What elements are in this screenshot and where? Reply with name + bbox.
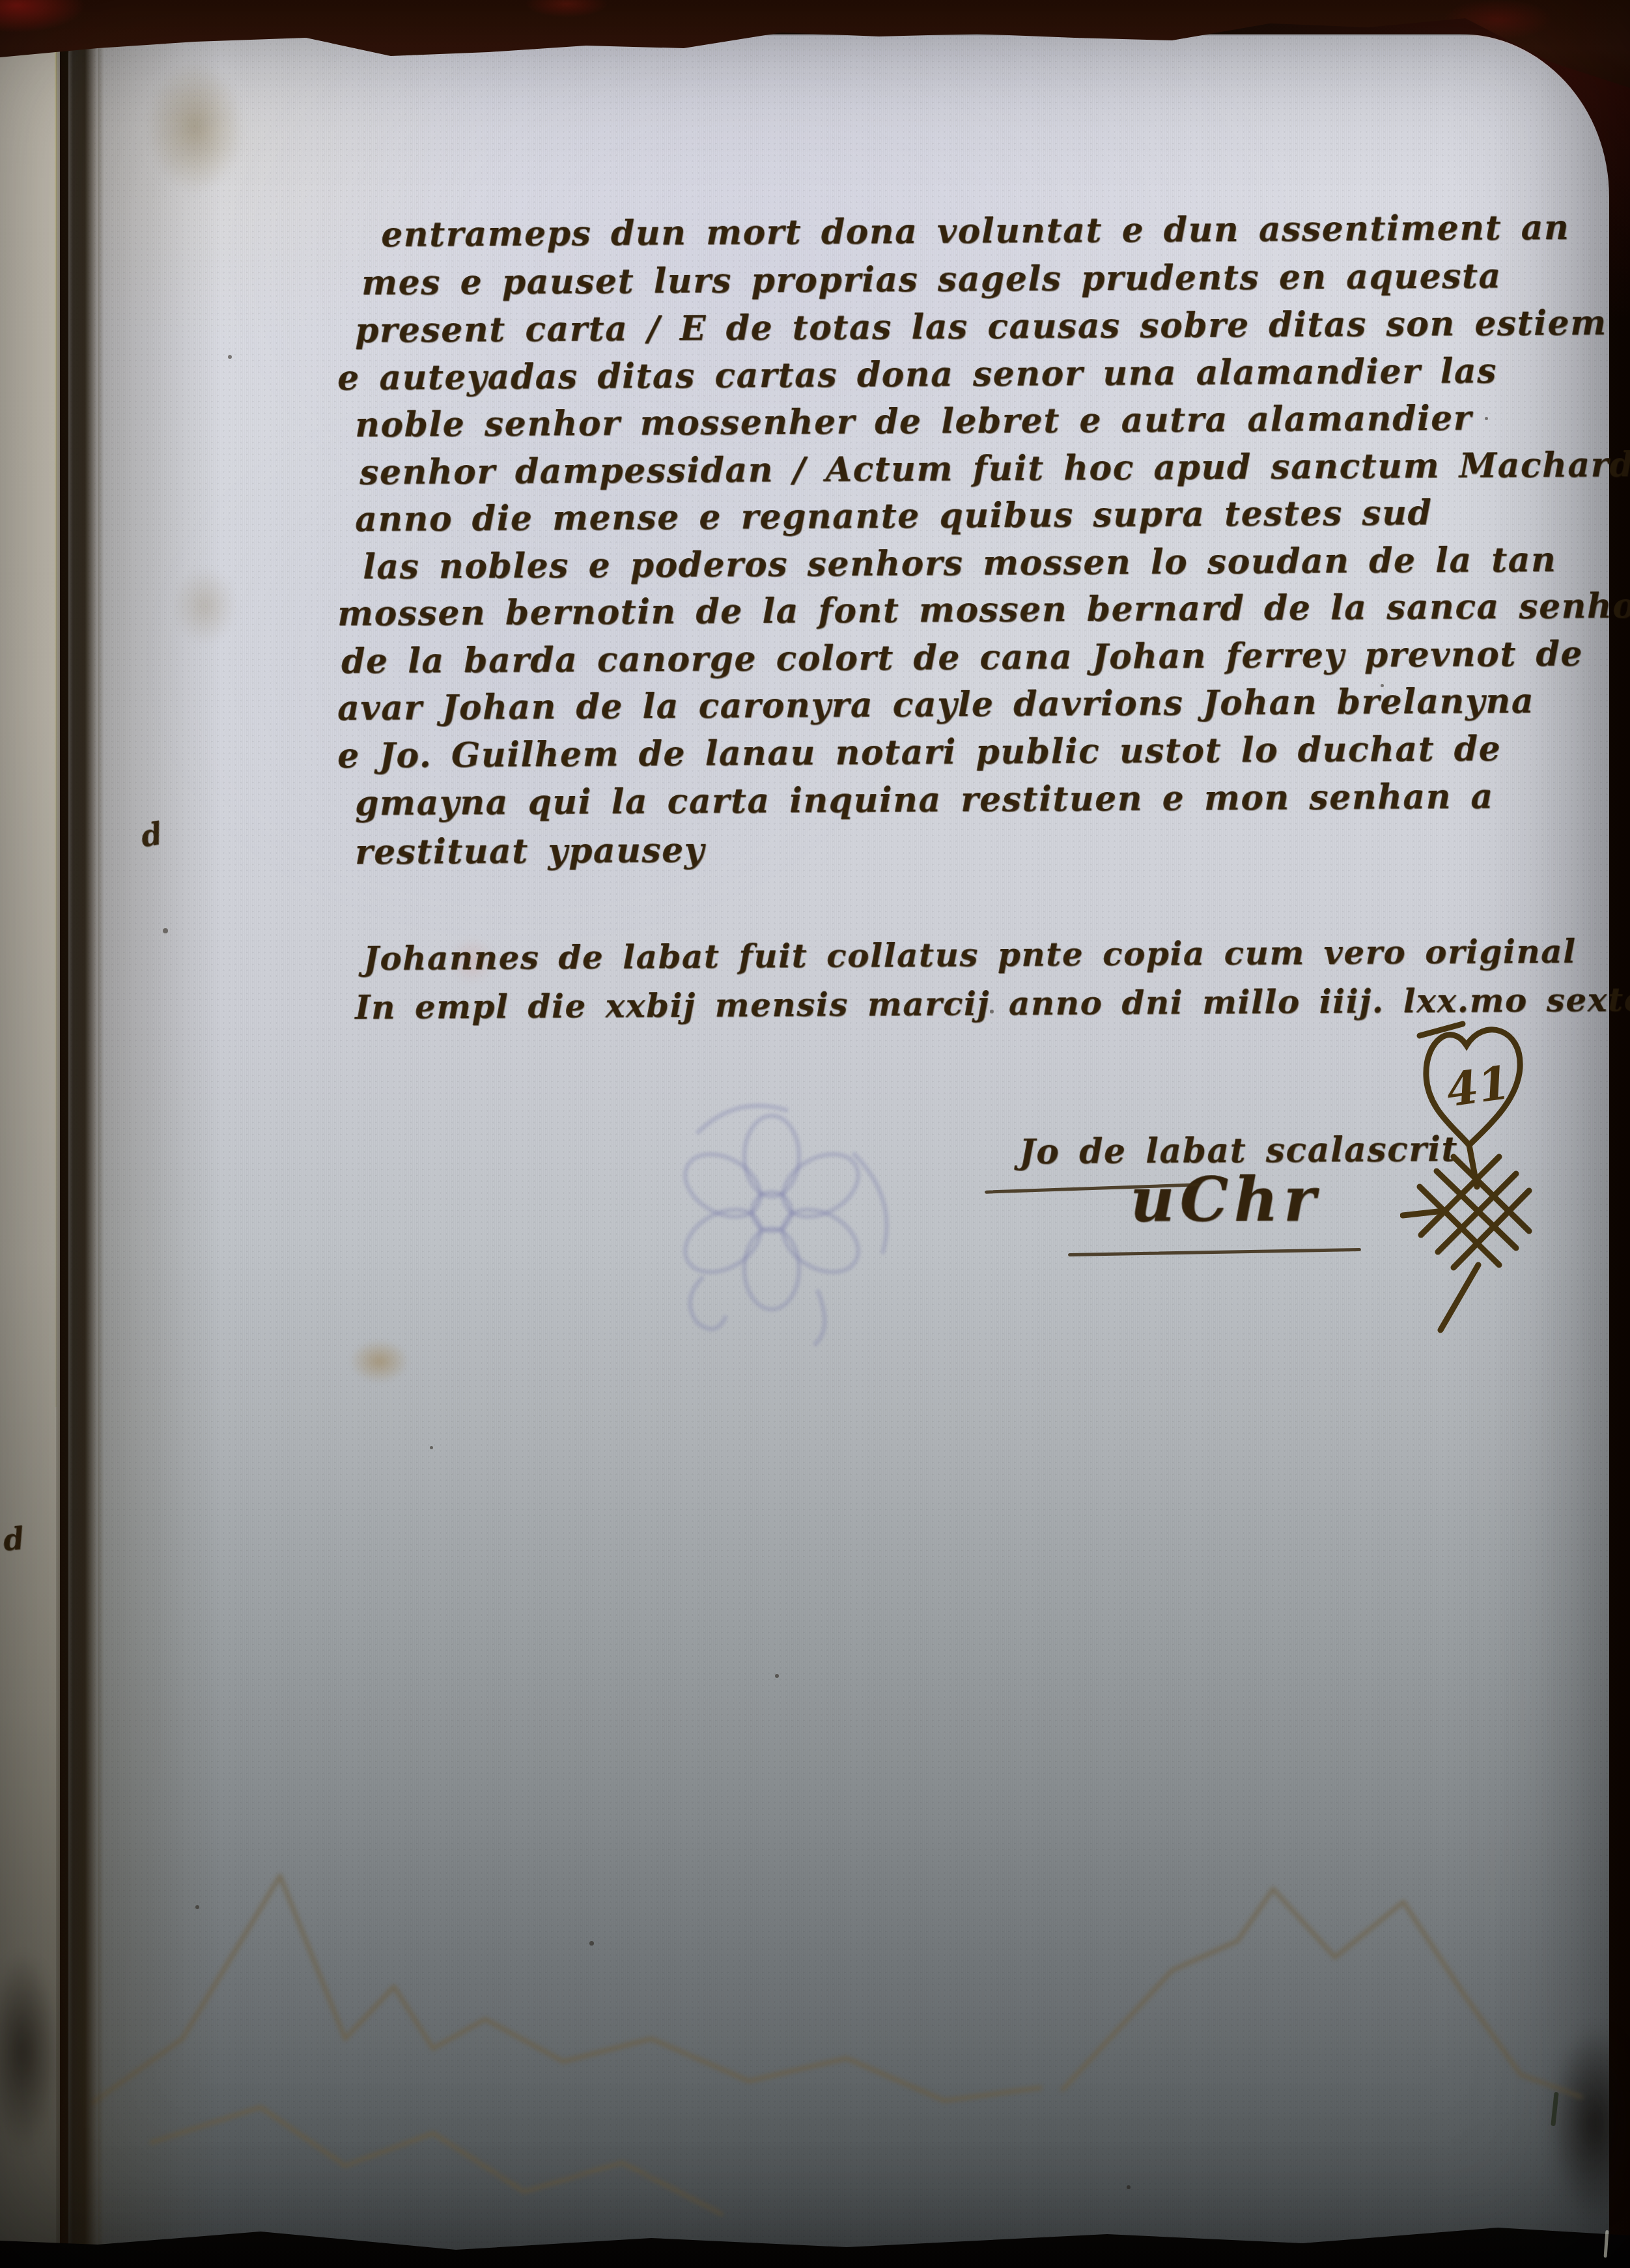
margin-mark-edge: d <box>1 1520 27 1557</box>
manuscript-line: e auteyadas ditas cartas dona senor una … <box>337 351 1497 398</box>
manuscript-line: mossen bernotin de la font mossen bernar… <box>337 586 1630 634</box>
previous-page-sliver <box>0 26 60 2268</box>
rosette-watermark-icon <box>619 1081 925 1355</box>
manuscript-line: restituat ypausey <box>355 830 705 872</box>
ink-speck <box>1485 417 1488 420</box>
signature-flourish: uChr <box>1130 1163 1321 1236</box>
ink-speck <box>430 1446 433 1449</box>
manuscript-line: anno die mense e regnante quibus supra t… <box>355 493 1433 539</box>
gutter-soft-shadow <box>98 26 221 2268</box>
ink-speck <box>228 355 232 359</box>
colophon-line: Johannes de labat fuit collatus pnte cop… <box>363 932 1577 978</box>
manuscript-line: e Jo. Guilhem de lanau notari public ust… <box>337 729 1501 776</box>
manuscript-line: mes e pauset lurs proprias sagels pruden… <box>361 256 1502 303</box>
water-stain-tide-lines <box>65 1824 1609 2228</box>
manuscript-line: present carta / E de totas las causas so… <box>355 303 1607 350</box>
manuscript-line: noble senhor mossenher de lebret e autra… <box>355 399 1472 445</box>
manuscript-line: senhor dampessidan / Actum fuit hoc apud… <box>359 445 1630 492</box>
manuscript-line: entrameps dun mort dona voluntat e dun a… <box>381 208 1569 255</box>
manuscript-line: las nobles e poderos senhors mossen lo s… <box>363 540 1556 587</box>
notary-mark-number: 41 <box>1443 1055 1513 1118</box>
manuscript-line: gmayna qui la carta inquina restituen e … <box>355 776 1494 823</box>
ink-speck <box>775 1674 779 1678</box>
notarial-sign-icon: 41 <box>1400 1016 1550 1342</box>
gutter-shadow <box>56 26 104 2268</box>
manuscript-line: de la barda canorge colort de cana Johan… <box>341 634 1583 681</box>
manuscript-line: avar Johan de la caronyra cayle davrions… <box>337 681 1534 728</box>
manuscript-photo: entrameps dun mort dona voluntat e dun a… <box>0 0 1630 2268</box>
